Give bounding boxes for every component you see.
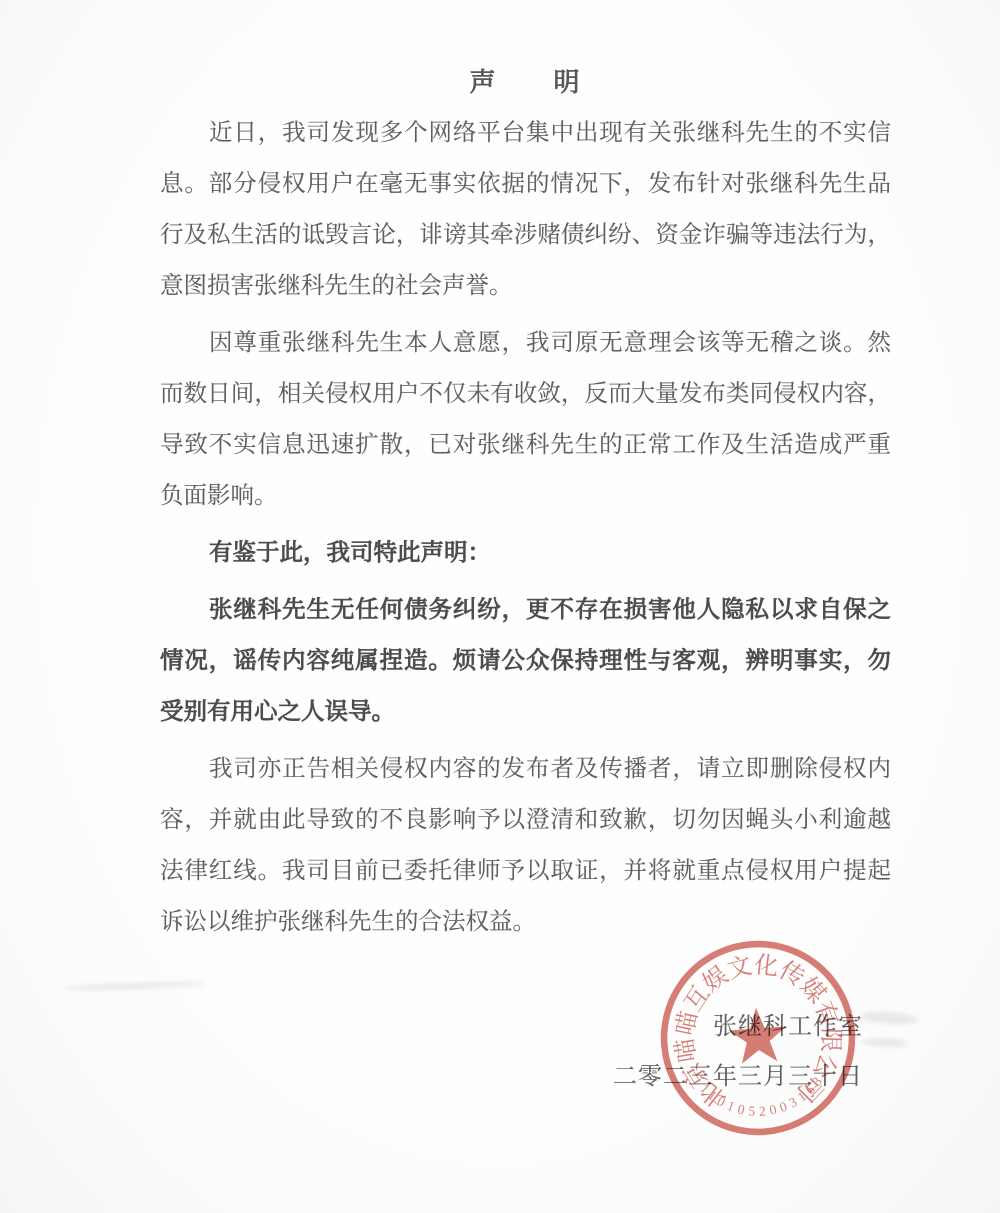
text-line: 意图损害张继科先生的社会声誉。 — [160, 261, 891, 312]
scan-artifact — [62, 980, 207, 991]
text-line: 息。部分侵权用户在毫无事实依据的情况下，发布针对张继科先生品 — [160, 159, 891, 210]
text-line: 容，并就由此导致的不良影响予以澄清和致歉，切勿因蝇头小利逾越 — [160, 795, 891, 846]
paragraph-5: 我司亦正告相关侵权内容的发布者及传播者，请立即删除侵权内 容，并就由此导致的不良… — [160, 744, 891, 948]
paragraph-3-declaration-lead: 有鉴于此，我司特此声明： — [160, 528, 891, 579]
paragraph-1: 近日，我司发现多个网络平台集中出现有关张继科先生的不实信 息。部分侵权用户在毫无… — [160, 108, 891, 312]
scan-artifact — [862, 1037, 908, 1048]
scan-artifact — [860, 1010, 919, 1026]
text-line: 负面影响。 — [160, 471, 891, 522]
paragraph-4-declaration: 张继科先生无任何债务纠纷，更不存在损害他人隐私以求自保之 情况，谣传内容纯属捏造… — [160, 585, 891, 738]
document-title: 声 明 — [160, 62, 891, 99]
text-line: 而数日间，相关侵权用户不仅未有收敛，反而大量发布类同侵权内容， — [160, 369, 891, 420]
text-line: 行及私生活的诋毁言论，诽谤其牵涉赌债纠纷、资金诈骗等违法行为， — [160, 210, 891, 261]
text-line: 导致不实信息迅速扩散，已对张继科先生的正常工作及生活造成严重 — [160, 420, 891, 471]
text-line: 因尊重张继科先生本人意愿，我司原无意理会该等无稽之谈。然 — [160, 318, 891, 369]
paragraph-2: 因尊重张继科先生本人意愿，我司原无意理会该等无稽之谈。然 而数日间，相关侵权用户… — [160, 318, 891, 522]
text-line: 我司亦正告相关侵权内容的发布者及传播者，请立即删除侵权内 — [160, 744, 891, 795]
statement-document-page: 声 明 近日，我司发现多个网络平台集中出现有关张继科先生的不实信 息。部分侵权用… — [0, 0, 1000, 1213]
text-line: 近日，我司发现多个网络平台集中出现有关张继科先生的不实信 — [160, 108, 891, 159]
official-seal-stamp: 北京喵喵互娱文化传媒有限公司 1101052003163 — [650, 930, 866, 1146]
seal-star-icon — [727, 1006, 788, 1065]
text-line: 情况，谣传内容纯属捏造。烦请公众保持理性与客观，辨明事实，勿 — [160, 636, 891, 687]
text-line: 受别有用心之人误导。 — [160, 687, 891, 738]
text-line: 法律红线。我司目前已委托律师予以取证，并将就重点侵权用户提起 — [160, 846, 891, 897]
text-line: 张继科先生无任何债务纠纷，更不存在损害他人隐私以求自保之 — [160, 585, 891, 636]
text-line: 有鉴于此，我司特此声明： — [160, 528, 891, 579]
document-body: 近日，我司发现多个网络平台集中出现有关张继科先生的不实信 息。部分侵权用户在毫无… — [160, 108, 891, 954]
